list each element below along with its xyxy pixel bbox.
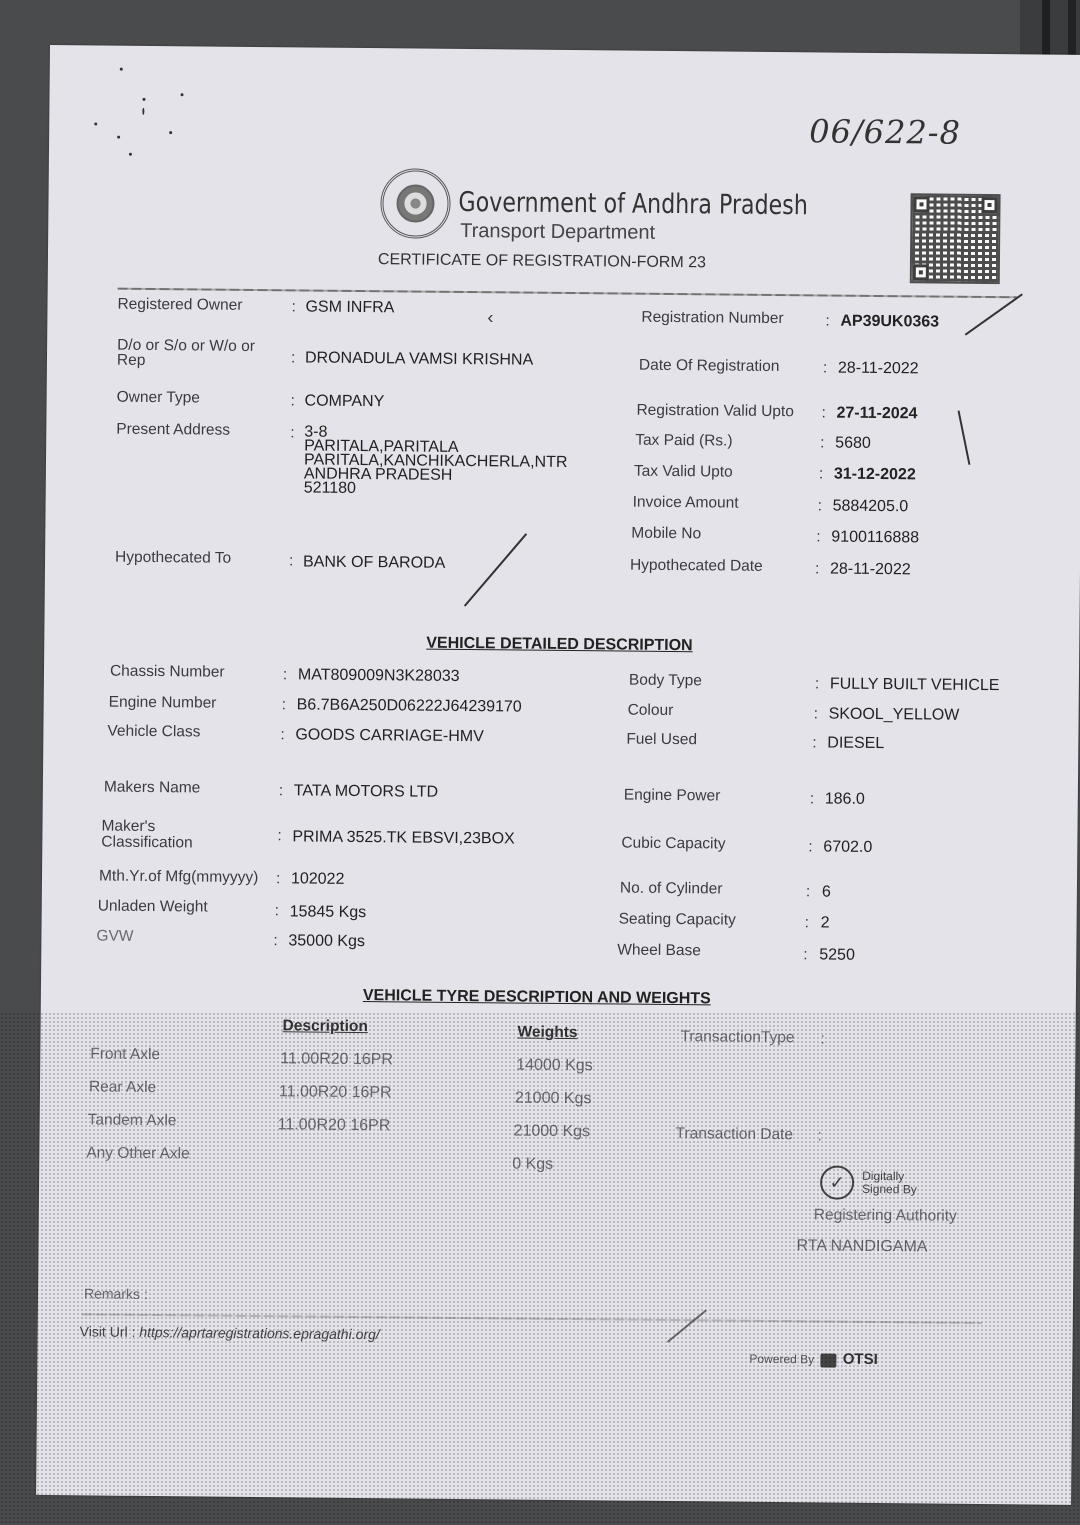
axle-name: Tandem Axle — [88, 1111, 177, 1130]
label-registered-owner: Registered Owner — [117, 296, 242, 315]
value-date-of-registration: 28-11-2022 — [838, 360, 919, 379]
certificate-title: CERTIFICATE OF REGISTRATION-FORM 23 — [378, 251, 706, 272]
value-relation: DRONADULA VAMSI KRISHNA — [305, 349, 533, 369]
label-tax-valid-upto: Tax Valid Upto — [634, 463, 733, 482]
value-seating-capacity: 2 — [821, 914, 830, 932]
signed-by-line: Signed By — [862, 1183, 917, 1197]
value-engine-power: 186.0 — [825, 790, 865, 808]
label-no-of-cylinder: No. of Cylinder — [620, 880, 723, 899]
value-present-address: 3-8 PARITALA,PARITALA PARITALA,KANCHIKAC… — [304, 425, 568, 498]
axle-name: Front Axle — [90, 1045, 160, 1064]
axle-weight: 14000 Kgs — [516, 1057, 593, 1076]
powered-by-label: Powered By — [749, 1352, 814, 1367]
value-registration-number: AP39UK0363 — [840, 313, 939, 332]
registering-authority: Registering Authority — [814, 1206, 957, 1225]
label-seating-capacity: Seating Capacity — [619, 910, 736, 929]
value-hypothecated-date: 28-11-2022 — [830, 561, 911, 580]
colon: : — [823, 359, 827, 377]
label-owner-type: Owner Type — [117, 389, 200, 408]
label-vehicle-class: Vehicle Class — [107, 723, 200, 742]
label-tax-paid: Tax Paid (Rs.) — [635, 432, 733, 451]
colon: : — [808, 838, 812, 856]
label-registration-valid-upto: Registration Valid Upto — [636, 402, 794, 422]
department-name: Transport Department — [460, 220, 655, 245]
digital-signature-block: ✓ Digitally Signed By Registering Author… — [50, 45, 1080, 55]
colon: : — [273, 932, 277, 950]
vehicle-details-left: Chassis Number : MAT809009N3K28033 Engin… — [50, 45, 1080, 55]
pen-tick-mark — [965, 293, 1023, 335]
powered-by: Powered By OTSI — [749, 1350, 878, 1368]
colon: : — [289, 552, 293, 570]
value-chassis-number: MAT809009N3K28033 — [298, 666, 460, 686]
tyre-table: Description Weights Front Axle 11.00R20 … — [50, 45, 1080, 55]
value-mobile-no: 9100116888 — [831, 529, 919, 548]
label-relation: D/o or S/o or W/o or Rep — [117, 338, 267, 369]
value-vehicle-class: GOODS CARRIAGE-HMV — [295, 726, 484, 746]
value-engine-number: B6.7B6A250D06222J64239170 — [297, 696, 522, 716]
background-dark-surface — [1020, 0, 1080, 55]
label-colour: Colour — [628, 702, 674, 720]
value-unladen-weight: 15845 Kgs — [290, 903, 367, 922]
axle-weight: 21000 Kgs — [515, 1090, 592, 1109]
colon: : — [817, 1127, 821, 1145]
owner-details-left: Registered Owner : GSM INFRA D/o or S/o … — [50, 45, 1080, 55]
value-wheel-base: 5250 — [819, 946, 855, 964]
label-hypothecated-date: Hypothecated Date — [630, 557, 763, 576]
colon: : — [812, 734, 816, 752]
colon: : — [805, 914, 809, 932]
visit-url-link[interactable]: https://aprtaregistrations.epragathi.org… — [139, 1324, 380, 1342]
value-no-of-cylinder: 6 — [822, 883, 831, 901]
table-row: Any Other Axle 0 Kgs — [50, 45, 1080, 55]
rta-office: RTA NANDIGAMA — [796, 1237, 927, 1256]
label-date-of-registration: Date Of Registration — [639, 357, 780, 376]
handwritten-reference: 06/622-8 — [809, 112, 961, 151]
colon: : — [806, 883, 810, 901]
tyre-description: 11.00R20 16PR — [279, 1083, 392, 1102]
label-hypothecated-to: Hypothecated To — [115, 549, 231, 568]
tyre-description: 11.00R20 16PR — [280, 1050, 393, 1069]
value-registered-owner: GSM INFRA — [305, 298, 394, 317]
value-body-type: FULLY BUILT VEHICLE — [830, 676, 1000, 696]
axle-weight: 21000 Kgs — [514, 1123, 591, 1142]
colon: : — [290, 424, 294, 442]
value-registration-valid-upto: 27-11-2024 — [836, 405, 917, 424]
label-engine-power: Engine Power — [624, 787, 721, 806]
axle-name: Rear Axle — [89, 1078, 156, 1097]
colon: : — [291, 392, 295, 410]
registration-certificate-page: 06/622-8 Government of Andhra Pradesh Tr… — [36, 45, 1080, 1505]
pen-tick-mark — [667, 1309, 707, 1342]
colon: : — [810, 790, 814, 808]
label-transaction-type: TransactionType — [680, 1028, 794, 1047]
colon: : — [282, 696, 286, 714]
vehicle-section-title: VEHICLE DETAILED DESCRIPTION — [426, 635, 693, 656]
value-tax-paid: 5680 — [835, 435, 871, 453]
colon: : — [816, 528, 820, 546]
visit-url[interactable]: Visit Url : https://aprtaregistrations.e… — [80, 1323, 380, 1342]
value-fuel-used: DIESEL — [827, 734, 884, 753]
header-divider — [118, 288, 1018, 299]
colon: : — [291, 298, 295, 316]
value-hypothecated-to: BANK OF BARODA — [303, 553, 445, 572]
label-chassis-number: Chassis Number — [110, 663, 225, 682]
label-mobile-no: Mobile No — [631, 525, 701, 544]
value-makers-name: TATA MOTORS LTD — [294, 782, 438, 801]
colon: : — [276, 870, 280, 888]
colon: : — [291, 349, 295, 367]
label-fuel-used: Fuel Used — [626, 731, 697, 750]
colon: : — [815, 560, 819, 578]
value-invoice-amount: 5884205.0 — [833, 498, 909, 517]
address-line: 521180 — [304, 481, 568, 498]
state-emblem-icon — [380, 168, 451, 239]
colon: : — [815, 675, 819, 693]
colon: : — [814, 705, 818, 723]
column-header-description: Description — [283, 1017, 368, 1036]
table-row: Tandem Axle 11.00R20 16PR 21000 Kgs — [50, 45, 1080, 55]
colon: : — [819, 465, 823, 483]
label-registration-number: Registration Number — [641, 309, 783, 328]
vendor-name: OTSI — [843, 1351, 878, 1368]
value-tax-valid-upto: 31-12-2022 — [834, 466, 916, 485]
value-makers-classification: PRIMA 3525.TK EBSVI,23BOX — [292, 828, 514, 848]
label-unladen-weight: Unladen Weight — [98, 897, 208, 916]
value-colour: SKOOL_YELLOW — [829, 706, 960, 725]
colon: : — [818, 497, 822, 515]
colon: : — [279, 782, 283, 800]
table-row: Rear Axle 11.00R20 16PR 21000 Kgs — [50, 45, 1080, 55]
label-wheel-base: Wheel Base — [617, 941, 701, 960]
colon: : — [280, 726, 284, 744]
colon: : — [803, 946, 807, 964]
colon: : — [275, 902, 279, 920]
background-edge — [1068, 0, 1076, 55]
label-engine-number: Engine Number — [109, 694, 217, 713]
label-invoice-amount: Invoice Amount — [633, 494, 739, 513]
label-makers-name: Makers Name — [104, 779, 201, 798]
label-present-address: Present Address — [116, 421, 230, 440]
axle-weight: 0 Kgs — [512, 1155, 553, 1173]
colon: : — [820, 1030, 824, 1048]
label-gvw: GVW — [96, 927, 133, 945]
label-cubic-capacity: Cubic Capacity — [621, 835, 725, 854]
label-body-type: Body Type — [629, 672, 702, 691]
tyre-description: 11.00R20 16PR — [278, 1116, 391, 1135]
colon: : — [283, 666, 287, 684]
footer-divider — [82, 1313, 982, 1324]
vehicle-details-right: Body Type : FULLY BUILT VEHICLE Colour :… — [50, 45, 1080, 55]
qr-code-icon — [910, 193, 1001, 284]
pen-tick-mark — [464, 533, 527, 606]
background-edge — [1042, 0, 1050, 55]
label-makers-classification: Maker's Classification — [101, 819, 221, 852]
org-name: Government of Andhra Pradesh — [458, 187, 808, 221]
column-header-weights: Weights — [517, 1024, 577, 1043]
label-transaction-date: Transaction Date — [675, 1125, 793, 1144]
pen-tick-mark — [958, 411, 971, 465]
otsi-logo-icon — [820, 1353, 836, 1367]
verified-check-icon: ✓ — [820, 1165, 854, 1199]
value-cubic-capacity: 6702.0 — [823, 838, 872, 856]
colon: : — [820, 434, 824, 452]
pen-mark: ‹ — [487, 307, 493, 328]
axle-name: Any Other Axle — [86, 1144, 190, 1163]
ink-marks — [50, 45, 1080, 55]
value-owner-type: COMPANY — [305, 392, 385, 411]
table-row: Front Axle 11.00R20 16PR 14000 Kgs — [50, 45, 1080, 55]
visit-url-label: Visit Url : — [80, 1323, 136, 1340]
colon: : — [821, 404, 825, 422]
colon: : — [825, 312, 829, 330]
digitally-signed-text: Digitally Signed By — [862, 1170, 917, 1197]
colon: : — [277, 827, 281, 845]
label-month-year-of-manufacture: Mth.Yr.of Mfg(mmyyyy) — [99, 868, 258, 888]
value-month-year-of-manufacture: 102022 — [291, 870, 345, 889]
remarks-label: Remarks : — [84, 1285, 148, 1302]
owner-details-right: Registration Number : AP39UK0363 Date Of… — [50, 45, 1080, 55]
value-gvw: 35000 Kgs — [288, 932, 365, 951]
tyre-section-title: VEHICLE TYRE DESCRIPTION AND WEIGHTS — [363, 987, 711, 1008]
